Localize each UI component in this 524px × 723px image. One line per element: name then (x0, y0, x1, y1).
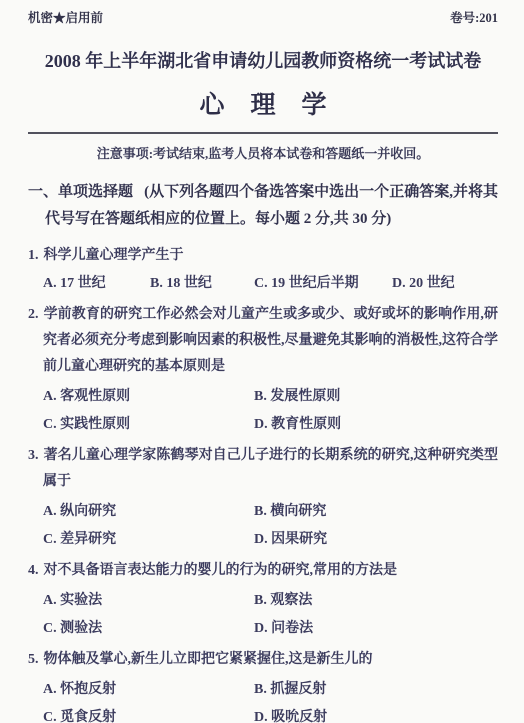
question: 1.科学儿童心理学产生于 A. 17 世纪 B. 18 世纪 C. 19 世纪后… (28, 243, 498, 292)
question: 2.学前教育的研究工作必然会对儿童产生或多或少、或好或坏的影响作用,研究者必须充… (28, 302, 498, 433)
exam-title: 2008 年上半年湖北省申请幼儿园教师资格统一考试试卷 (28, 47, 498, 73)
question-text: 对不具备语言表达能力的婴儿的行为的研究,常用的方法是 (44, 563, 398, 578)
question-number: 2. (28, 307, 39, 322)
options-row: A. 17 世纪 B. 18 世纪 C. 19 世纪后半期 D. 20 世纪 (28, 275, 498, 292)
option: A. 17 世纪 (43, 275, 150, 292)
classification-label: 机密★启用前 (28, 8, 103, 26)
option: C. 实践性原则 (43, 416, 254, 433)
question-number: 4. (28, 563, 39, 578)
option: D. 教育性原则 (254, 416, 498, 433)
paper-number-label: 卷号:201 (450, 8, 498, 26)
option: D. 问卷法 (254, 620, 498, 637)
question-stem: 2.学前教育的研究工作必然会对儿童产生或多或少、或好或坏的影响作用,研究者必须充… (28, 302, 498, 380)
question-stem: 1.科学儿童心理学产生于 (28, 243, 498, 269)
option: B. 18 世纪 (150, 275, 254, 292)
options-grid: A. 纵向研究 B. 横向研究 C. 差异研究 D. 因果研究 (28, 503, 498, 548)
header-divider (28, 132, 498, 134)
option: A. 纵向研究 (43, 503, 254, 520)
question-stem: 3.著名儿童心理学家陈鹤琴对自己儿子进行的长期系统的研究,这种研究类型属于 (28, 443, 498, 495)
option: B. 横向研究 (254, 503, 498, 520)
question-number: 1. (28, 248, 39, 263)
question-text: 物体触及掌心,新生儿立即把它紧紧握住,这是新生儿的 (44, 652, 373, 667)
option: D. 20 世纪 (392, 275, 498, 292)
option: D. 吸吮反射 (254, 709, 498, 723)
option: D. 因果研究 (254, 531, 498, 548)
question-number: 3. (28, 448, 39, 463)
option: A. 怀抱反射 (43, 681, 254, 698)
option: A. 客观性原则 (43, 388, 254, 405)
option: C. 差异研究 (43, 531, 254, 548)
options-grid: A. 客观性原则 B. 发展性原则 C. 实践性原则 D. 教育性原则 (28, 388, 498, 433)
section-title: 一、单项选择题 (28, 184, 133, 200)
options-grid: A. 实验法 B. 观察法 C. 测验法 D. 问卷法 (28, 592, 498, 637)
question: 4.对不具备语言表达能力的婴儿的行为的研究,常用的方法是 A. 实验法 B. 观… (28, 558, 498, 637)
option: A. 实验法 (43, 592, 254, 609)
question: 5.物体触及掌心,新生儿立即把它紧紧握住,这是新生儿的 A. 怀抱反射 B. 抓… (28, 647, 498, 723)
subject-title: 心理学 (28, 85, 498, 121)
exam-notice: 注意事项:考试结束,监考人员将本试卷和答题纸一并收回。 (28, 143, 498, 162)
option: C. 测验法 (43, 620, 254, 637)
exam-page: 机密★启用前 卷号:201 2008 年上半年湖北省申请幼儿园教师资格统一考试试… (0, 0, 524, 723)
section-heading: 一、单项选择题(从下列各题四个备选答案中选出一个正确答案,并将其代号写在答题纸相… (28, 179, 498, 233)
question-stem: 5.物体触及掌心,新生儿立即把它紧紧握住,这是新生儿的 (28, 647, 498, 673)
option: B. 抓握反射 (254, 681, 498, 698)
options-grid: A. 怀抱反射 B. 抓握反射 C. 觅食反射 D. 吸吮反射 (28, 681, 498, 723)
question-stem: 4.对不具备语言表达能力的婴儿的行为的研究,常用的方法是 (28, 558, 498, 584)
page-header: 机密★启用前 卷号:201 (28, 8, 498, 26)
question-number: 5. (28, 652, 39, 667)
question-text: 著名儿童心理学家陈鹤琴对自己儿子进行的长期系统的研究,这种研究类型属于 (43, 448, 498, 489)
question: 3.著名儿童心理学家陈鹤琴对自己儿子进行的长期系统的研究,这种研究类型属于 A.… (28, 443, 498, 548)
option: C. 觅食反射 (43, 709, 254, 723)
question-text: 科学儿童心理学产生于 (44, 248, 184, 263)
option: B. 观察法 (254, 592, 498, 609)
option: B. 发展性原则 (254, 388, 498, 405)
question-text: 学前教育的研究工作必然会对儿童产生或多或少、或好或坏的影响作用,研究者必须充分考… (43, 307, 498, 374)
option: C. 19 世纪后半期 (254, 275, 392, 292)
